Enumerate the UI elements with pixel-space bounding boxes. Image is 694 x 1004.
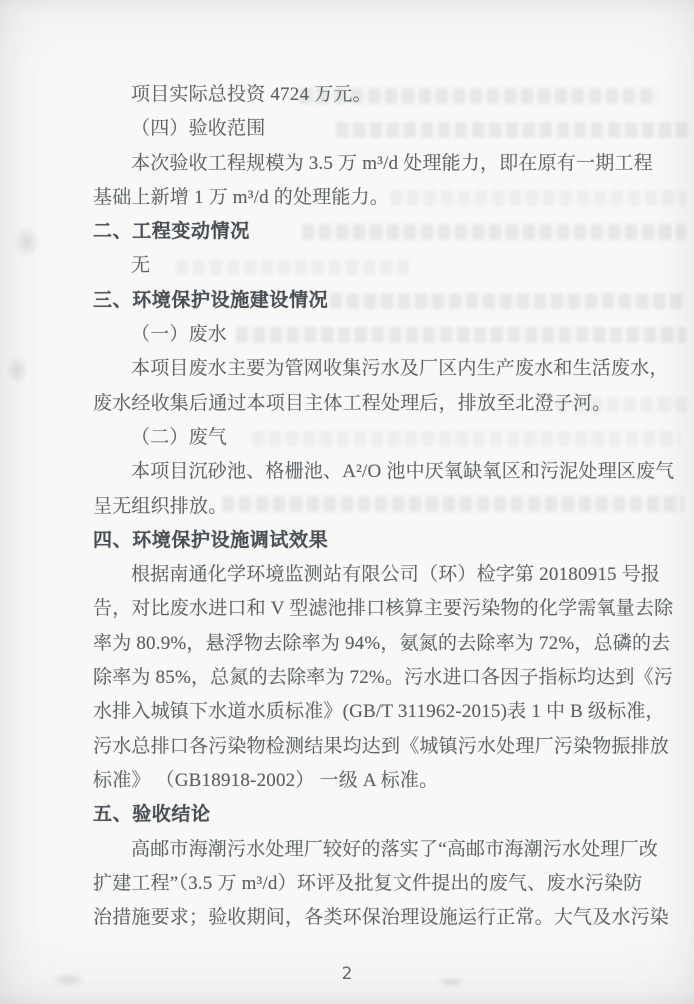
text-line: 标准》 （GB18918-2002） 一级 A 标准。 bbox=[93, 764, 623, 798]
text-line: 率为 80.9%，悬浮物去除率为 94%，氨氮的去除率为 72%，总磷的去 bbox=[93, 627, 623, 661]
text-line: （四）验收范围 bbox=[93, 112, 623, 146]
text-line: 根据南通化学环境监测站有限公司（环）检字第 20180915 号报 bbox=[93, 558, 623, 592]
page-number: 2 bbox=[0, 964, 694, 984]
text-line: 高邮市海潮污水处理厂较好的落实了“高邮市海潮污水处理厂改 bbox=[93, 833, 623, 867]
text-line: 四、环境保护设施调试效果 bbox=[93, 524, 623, 558]
scan-smudge bbox=[6, 356, 28, 384]
text-line: 本项目废水主要为管网收集污水及厂区内生产废水和生活废水， bbox=[93, 352, 623, 386]
text-line: 无 bbox=[93, 249, 623, 283]
text-line: （二）废气 bbox=[93, 421, 623, 455]
text-line: 项目实际总投资 4724 万元。 bbox=[93, 78, 623, 112]
scanned-document-page: 项目实际总投资 4724 万元。（四）验收范围本次验收工程规模为 3.5 万 m… bbox=[0, 0, 694, 1004]
scan-smudge bbox=[14, 226, 40, 258]
text-line: 呈无组织排放。 bbox=[93, 490, 623, 524]
text-line: 基础上新增 1 万 m³/d 的处理能力。 bbox=[93, 181, 623, 215]
text-line: 本项目沉砂池、格栅池、A²/O 池中厌氧缺氧区和污泥处理区废气 bbox=[93, 455, 623, 489]
document-body-text: 项目实际总投资 4724 万元。（四）验收范围本次验收工程规模为 3.5 万 m… bbox=[93, 78, 623, 935]
text-line: 本次验收工程规模为 3.5 万 m³/d 处理能力，即在原有一期工程 bbox=[93, 147, 623, 181]
text-line: （一）废水 bbox=[93, 318, 623, 352]
text-line: 废水经收集后通过本项目主体工程处理后，排放至北澄子河。 bbox=[93, 387, 623, 421]
text-line: 五、验收结论 bbox=[93, 798, 623, 832]
text-line: 三、环境保护设施建设情况 bbox=[93, 284, 623, 318]
text-line: 二、工程变动情况 bbox=[93, 215, 623, 249]
text-line: 水排入城镇下水道水质标准》(GB/T 311962-2015)表 1 中 B 级… bbox=[93, 695, 623, 729]
text-line: 告，对比废水进口和 V 型滤池排口核算主要污染物的化学需氧量去除 bbox=[93, 592, 623, 626]
text-line: 污水总排口各污染物检测结果均达到《城镇污水处理厂污染物振排放 bbox=[93, 730, 623, 764]
text-line: 除率为 85%，总氮的去除率为 72%。污水进口各因子指标均达到《污 bbox=[93, 661, 623, 695]
text-line: 扩建工程”（3.5 万 m³/d）环评及批复文件提出的废气、废水污染防 bbox=[93, 867, 623, 901]
text-line: 治措施要求；验收期间，各类环保治理设施运行正常。大气及水污染 bbox=[93, 901, 623, 935]
